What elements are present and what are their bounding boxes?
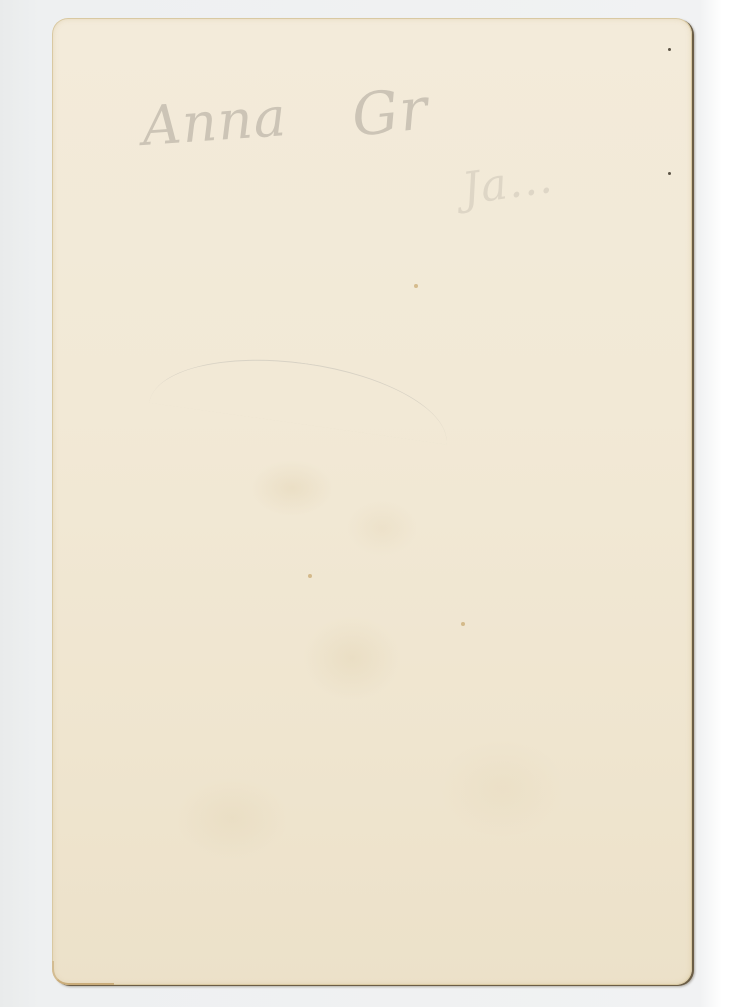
foxing-spot	[461, 622, 465, 626]
scanner-margin	[722, 0, 750, 1007]
pencil-handwriting-first-name: Anna	[140, 85, 289, 158]
foxing-spot	[308, 574, 312, 578]
pencil-handwriting-surname: Gr	[349, 74, 432, 150]
dust-speck	[668, 48, 671, 51]
pencil-handwriting-note: Ja...	[459, 152, 556, 215]
worn-corner	[52, 961, 114, 985]
surface-scratch	[149, 342, 455, 444]
cabinet-card-back: Anna Gr Ja...	[52, 18, 692, 985]
dust-speck	[668, 172, 671, 175]
foxing-spot	[414, 284, 418, 288]
scanned-image: Anna Gr Ja...	[0, 0, 750, 1007]
